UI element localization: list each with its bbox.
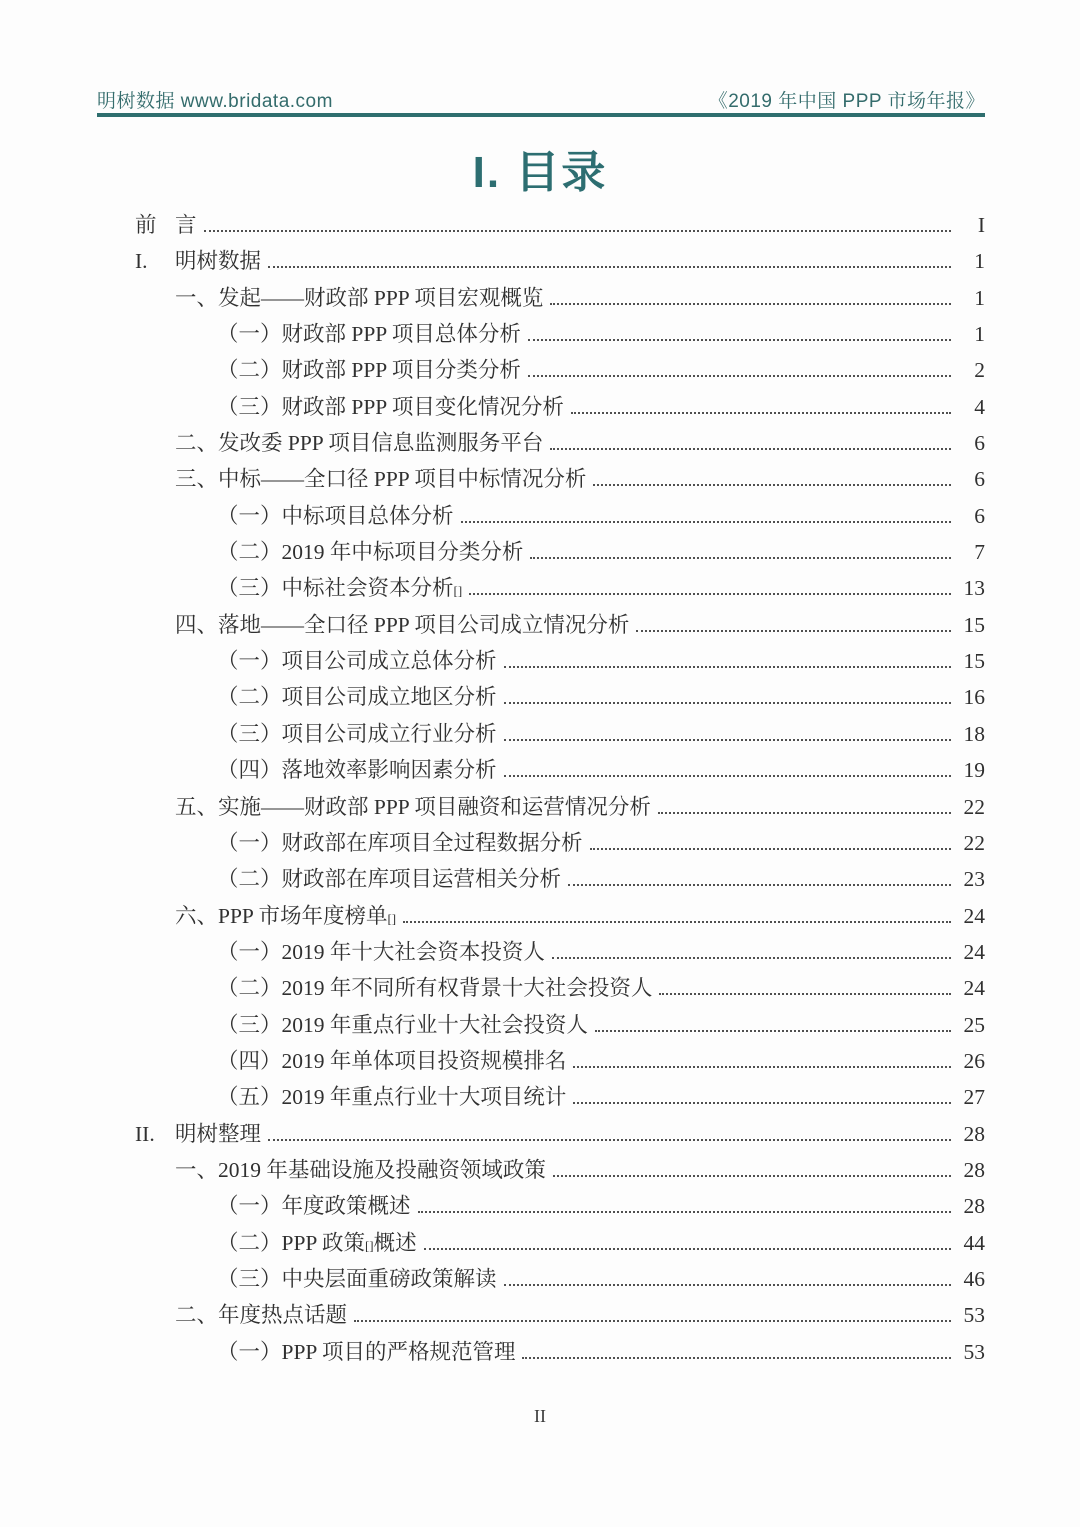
toc-entry-page-number: 15 — [957, 613, 985, 638]
toc-dot-leader — [636, 630, 951, 632]
toc-entry-title: 一、2019 年基础设施及投融资领域政策 — [175, 1153, 546, 1184]
toc-entry-page-number: 28 — [957, 1158, 985, 1183]
toc-entry-title: （四）落地效率影响因素分析 — [217, 753, 497, 784]
toc-entry: 三、中标——全口径 PPP 项目中标情况分析 6 — [135, 457, 985, 493]
toc-dot-leader — [528, 339, 951, 341]
toc-entry-page-number: 19 — [957, 758, 985, 783]
toc-entry: （五）2019 年重点行业十大项目统计 27 — [135, 1075, 985, 1111]
toc-entry-title: 一、发起——财政部 PPP 项目宏观概览 — [175, 281, 543, 312]
toc-entry: 五、实施——财政部 PPP 项目融资和运营情况分析 22 — [135, 785, 985, 821]
toc-entry: （三）中标社会资本分析 [] 13 — [135, 566, 985, 602]
toc-dot-leader — [530, 557, 951, 559]
toc-entry-page-number: 27 — [957, 1085, 985, 1110]
toc-entry-page-number: 25 — [957, 1013, 985, 1038]
toc-entry-page-number: 1 — [957, 249, 985, 274]
toc-entry: （二）PPP 政策 [] 概述 44 — [135, 1221, 985, 1257]
toc-entry-title: （一）中标项目总体分析 — [217, 499, 454, 530]
toc-entry: （三）中央层面重磅政策解读 46 — [135, 1257, 985, 1293]
toc-entry-page-number: 26 — [957, 1049, 985, 1074]
toc-entry-page-number: 16 — [957, 685, 985, 710]
toc-entry: （二）财政部 PPP 项目分类分析 2 — [135, 348, 985, 384]
toc-entry: （四）落地效率影响因素分析 19 — [135, 748, 985, 784]
toc-entry-page-number: 22 — [957, 795, 985, 820]
toc-entry-prefix: 前 — [135, 208, 175, 239]
toc-entry-title: （二）财政部 PPP 项目分类分析 — [217, 353, 521, 384]
toc-dot-leader — [469, 593, 951, 595]
toc-entry-page-number: 24 — [957, 940, 985, 965]
toc-entry-page-number: 4 — [957, 395, 985, 420]
toc-entry: （一）PPP 项目的严格规范管理 53 — [135, 1330, 985, 1366]
toc-entry: （一）2019 年十大社会资本投资人 24 — [135, 930, 985, 966]
toc-entry: 一、2019 年基础设施及投融资领域政策 28 — [135, 1148, 985, 1184]
toc-dot-leader — [593, 484, 951, 486]
toc-entry-title: （一）2019 年十大社会资本投资人 — [217, 935, 545, 966]
toc-dot-leader — [528, 375, 951, 377]
toc-entry: 二、年度热点话题 53 — [135, 1293, 985, 1329]
toc-entry: （二）项目公司成立地区分析 16 — [135, 675, 985, 711]
toc-dot-leader — [552, 957, 951, 959]
toc-entry-title: 明树数据 — [175, 244, 261, 275]
toc-entry-title: （四）2019 年单体项目投资规模排名 — [217, 1044, 566, 1075]
toc-entry: （一）财政部在库项目全过程数据分析 22 — [135, 821, 985, 857]
toc-entry: （二）2019 年不同所有权背景十大社会投资人 24 — [135, 966, 985, 1002]
toc-entry: （一）中标项目总体分析 6 — [135, 494, 985, 530]
toc-entry: （二）财政部在库项目运营相关分析 23 — [135, 857, 985, 893]
toc-entry: 一、发起——财政部 PPP 项目宏观概览 1 — [135, 276, 985, 312]
header-rule — [97, 113, 985, 117]
page-title: I. 目录 — [0, 136, 1080, 200]
toc-dot-leader — [590, 848, 951, 850]
toc-dot-leader — [550, 303, 951, 305]
toc-entry-title: （二）2019 年不同所有权背景十大社会投资人 — [217, 971, 652, 1002]
page-footer: II — [0, 1406, 1080, 1427]
toc-entry-page-number: 28 — [957, 1122, 985, 1147]
toc-entry: （一）年度政策概述 28 — [135, 1184, 985, 1220]
toc-list: 前 言 I I. 明树数据 1 一、发起——财政部 PPP 项目宏观概览 1 （… — [135, 203, 985, 1366]
toc-entry-page-number: 23 — [957, 867, 985, 892]
toc-entry-page-number: 53 — [957, 1303, 985, 1328]
toc-entry-title: 四、落地——全口径 PPP 项目公司成立情况分析 — [175, 608, 629, 639]
toc-dot-leader — [550, 448, 951, 450]
toc-entry-title: 三、中标——全口径 PPP 项目中标情况分析 — [175, 462, 586, 493]
toc-entry-title: 二、年度热点话题 — [175, 1298, 347, 1329]
toc-dot-leader — [573, 1066, 951, 1068]
toc-entry-page-number: 24 — [957, 904, 985, 929]
toc-entry-title: （二）财政部在库项目运营相关分析 — [217, 862, 561, 893]
toc-entry-title: （三）项目公司成立行业分析 — [217, 717, 497, 748]
toc-entry: （三）项目公司成立行业分析 18 — [135, 712, 985, 748]
toc-entry-title: （三）中标社会资本分析 — [217, 571, 454, 602]
toc-entry-title: （一）财政部 PPP 项目总体分析 — [217, 317, 521, 348]
toc-entry: II. 明树整理 28 — [135, 1112, 985, 1148]
toc-entry: I. 明树数据 1 — [135, 239, 985, 275]
toc-dot-leader — [403, 921, 951, 923]
toc-entry: （三）2019 年重点行业十大社会投资人 25 — [135, 1003, 985, 1039]
toc-dot-leader — [504, 1284, 951, 1286]
header-brand: 明树数据 www.bridata.com — [97, 86, 333, 113]
toc-entry-page-number: 53 — [957, 1340, 985, 1365]
toc-entry-page-number: 22 — [957, 831, 985, 856]
toc-entry-page-number: 46 — [957, 1267, 985, 1292]
toc-entry-page-number: I — [957, 213, 985, 238]
toc-dot-leader — [461, 521, 951, 523]
toc-entry-title: （三）财政部 PPP 项目变化情况分析 — [217, 390, 564, 421]
toc-entry-title-continued: 概述 — [374, 1226, 417, 1257]
toc-entry-page-number: 44 — [957, 1231, 985, 1256]
toc-entry-title: （五）2019 年重点行业十大项目统计 — [217, 1080, 566, 1111]
toc-entry-page-number: 1 — [957, 286, 985, 311]
toc-entry-title: 明树整理 — [175, 1117, 261, 1148]
toc-entry-page-number: 6 — [957, 467, 985, 492]
toc-dot-leader — [418, 1211, 951, 1213]
toc-entry-title: 言 — [175, 208, 197, 239]
toc-entry-title: 五、实施——财政部 PPP 项目融资和运营情况分析 — [175, 790, 651, 821]
toc-entry: 四、落地——全口径 PPP 项目公司成立情况分析 15 — [135, 603, 985, 639]
toc-entry-page-number: 2 — [957, 358, 985, 383]
toc-entry: 前 言 I — [135, 203, 985, 239]
toc-entry-title: （三）2019 年重点行业十大社会投资人 — [217, 1008, 588, 1039]
footer-page-number: II — [534, 1406, 546, 1426]
toc-entry-page-number: 6 — [957, 431, 985, 456]
toc-dot-leader — [522, 1357, 951, 1359]
toc-entry-page-number: 1 — [957, 322, 985, 347]
toc-dot-leader — [573, 1102, 951, 1104]
toc-dot-leader — [595, 1030, 951, 1032]
toc-entry: （三）财政部 PPP 项目变化情况分析 4 — [135, 385, 985, 421]
toc-dot-leader — [268, 266, 951, 268]
toc-dot-leader — [553, 1175, 951, 1177]
toc-entry-page-number: 7 — [957, 540, 985, 565]
toc-entry-title: （一）PPP 项目的严格规范管理 — [217, 1335, 515, 1366]
toc-entry-title: 六、PPP 市场年度榜单 — [175, 899, 387, 930]
toc-entry: （一）项目公司成立总体分析 15 — [135, 639, 985, 675]
toc-entry-title: （二）PPP 政策 — [217, 1226, 365, 1257]
toc-entry-prefix: I. — [135, 249, 175, 274]
toc-entry-page-number: 28 — [957, 1194, 985, 1219]
toc-dot-leader — [268, 1139, 951, 1141]
toc-dot-leader — [658, 812, 951, 814]
toc-entry-page-number: 24 — [957, 976, 985, 1001]
toc-entry-title: （三）中央层面重磅政策解读 — [217, 1262, 497, 1293]
toc-entry-page-number: 18 — [957, 722, 985, 747]
toc-entry: （二）2019 年中标项目分类分析 7 — [135, 530, 985, 566]
toc-entry-page-number: 15 — [957, 649, 985, 674]
toc-dot-leader — [504, 775, 951, 777]
toc-dot-leader — [504, 702, 951, 704]
toc-entry: （一）财政部 PPP 项目总体分析 1 — [135, 312, 985, 348]
toc-dot-leader — [568, 884, 951, 886]
toc-dot-leader — [204, 230, 951, 232]
page-header: 明树数据 www.bridata.com 《2019 年中国 PPP 市场年报》 — [97, 86, 985, 113]
toc-entry-page-number: 13 — [957, 576, 985, 601]
toc-entry-title: （二）2019 年中标项目分类分析 — [217, 535, 523, 566]
toc-entry-title: （一）项目公司成立总体分析 — [217, 644, 497, 675]
header-report-title: 《2019 年中国 PPP 市场年报》 — [709, 86, 985, 113]
toc-dot-leader — [504, 666, 951, 668]
toc-dot-leader — [659, 993, 951, 995]
toc-dot-leader — [504, 739, 951, 741]
toc-dot-leader — [571, 412, 951, 414]
toc-entry: 六、PPP 市场年度榜单 [] 24 — [135, 894, 985, 930]
toc-entry-title: （一）财政部在库项目全过程数据分析 — [217, 826, 583, 857]
toc-dot-leader — [424, 1248, 951, 1250]
toc-entry-title: （二）项目公司成立地区分析 — [217, 680, 497, 711]
toc-entry: （四）2019 年单体项目投资规模排名 26 — [135, 1039, 985, 1075]
toc-dot-leader — [354, 1320, 951, 1322]
toc-entry: 二、发改委 PPP 项目信息监测服务平台 6 — [135, 421, 985, 457]
toc-entry-title: 二、发改委 PPP 项目信息监测服务平台 — [175, 426, 543, 457]
toc-entry-prefix: II. — [135, 1122, 175, 1147]
toc-entry-title: （一）年度政策概述 — [217, 1189, 411, 1220]
toc-entry-page-number: 6 — [957, 504, 985, 529]
